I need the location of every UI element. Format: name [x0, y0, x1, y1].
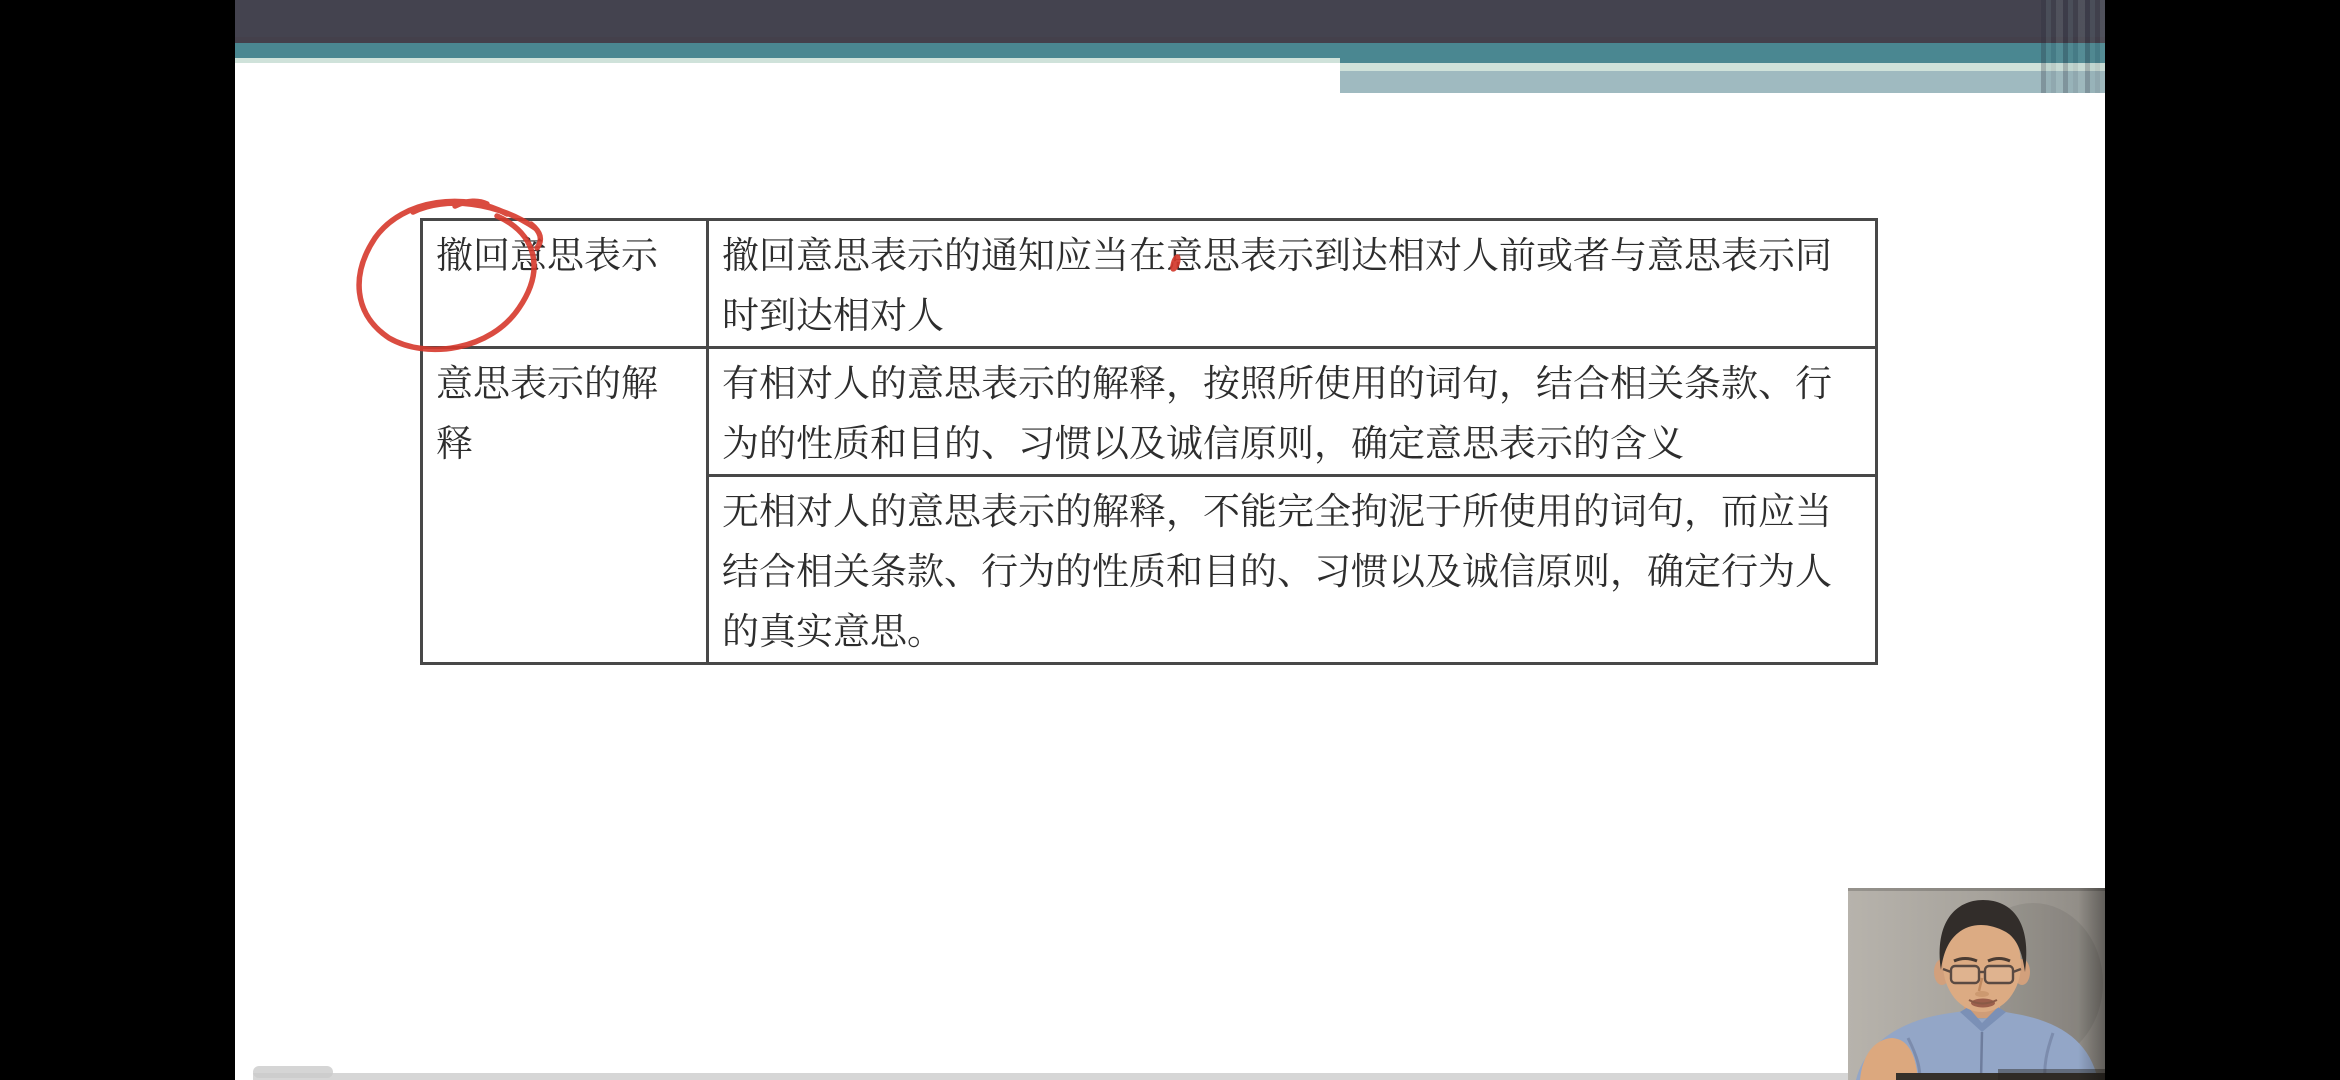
table-row: 撤回意思表示 撤回意思表示的通知应当在意思表示到达相对人前或者与意思表示同时到达… — [422, 220, 1877, 348]
video-edge-artifact — [2041, 0, 2105, 93]
muted-stripe-right — [1340, 71, 2105, 93]
screenshot-root: { "video": { "description": "Recorded le… — [0, 0, 2340, 1080]
video-frame: 撤回意思表示 撤回意思表示的通知应当在意思表示到达相对人前或者与意思表示同时到达… — [235, 0, 2105, 1080]
table-cell-def-withdrawal: 撤回意思表示的通知应当在意思表示到达相对人前或者与意思表示同时到达相对人 — [708, 220, 1877, 348]
pale-stripe-left — [235, 58, 1340, 63]
red-circle-annotation — [345, 188, 585, 363]
bottom-strip-thumb — [253, 1066, 333, 1078]
slide-header-bar — [235, 0, 2105, 43]
table-cell-def-interpretation-2: 无相对人的意思表示的解释，不能完全拘泥于所使用的词句，而应当结合相关条款、行为的… — [708, 476, 1877, 664]
bottom-progress-strip — [253, 1073, 2105, 1080]
slide-table: 撤回意思表示 撤回意思表示的通知应当在意思表示到达相对人前或者与意思表示同时到达… — [420, 218, 1878, 665]
table-cell-def-interpretation-1: 有相对人的意思表示的解释，按照所使用的词句，结合相关条款、行为的性质和目的、习惯… — [708, 348, 1877, 476]
table-row: 意思表示的解释 有相对人的意思表示的解释，按照所使用的词句，结合相关条款、行为的… — [422, 348, 1877, 476]
header-right-stripes — [1340, 58, 2105, 93]
instructor-portrait — [1848, 888, 2105, 1080]
webcam-overlay — [1848, 888, 2105, 1080]
pale-stripe-right — [1340, 63, 2105, 71]
table-cell-term-interpretation: 意思表示的解释 — [422, 348, 708, 664]
teal-stripe — [235, 43, 2105, 58]
